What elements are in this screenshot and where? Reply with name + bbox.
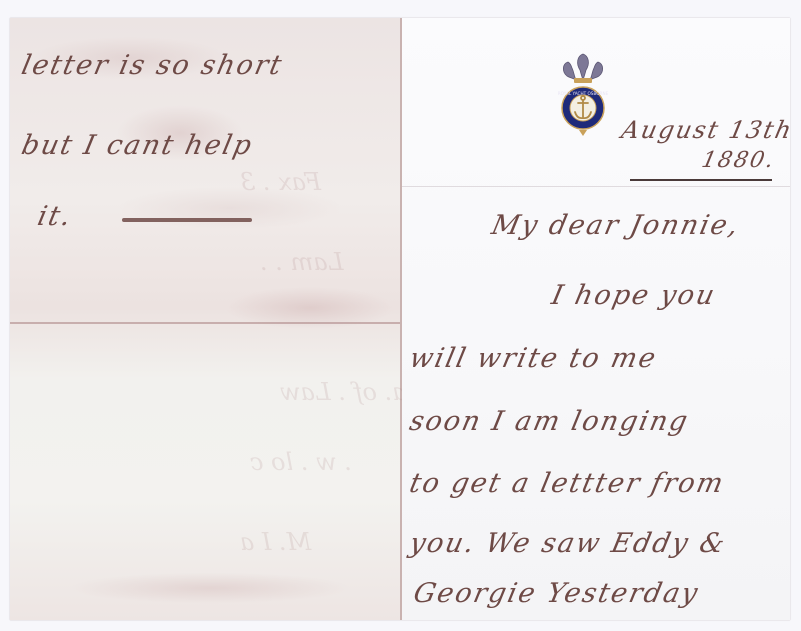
show-through-text: a. of . Law <box>280 378 407 406</box>
body-line: you. We saw Eddy & <box>407 528 730 559</box>
body-line: soon I am longing <box>407 406 692 437</box>
handwritten-line: but I cant help <box>19 130 256 161</box>
left-page: Fax . 3 Lam . . a. of . Law . w . lo c M… <box>10 18 402 620</box>
show-through-text: M. I a <box>240 528 311 556</box>
show-through-text: Lam . . <box>260 248 344 276</box>
body-line: Georgie Yesterday <box>411 578 702 609</box>
handwritten-line: it. <box>35 201 76 232</box>
fold-crease <box>10 322 400 324</box>
right-page: ROYAL YACHT OSBORNE August 13th 1880. My… <box>402 18 790 620</box>
handwritten-line: letter is so short <box>19 50 286 81</box>
body-line: will write to me <box>407 343 661 374</box>
date-line: August 13th <box>619 116 796 144</box>
fold-crease <box>402 186 790 187</box>
date-year: 1880. <box>699 148 777 173</box>
svg-text:ROYAL YACHT OSBORNE: ROYAL YACHT OSBORNE <box>558 91 608 96</box>
royal-yacht-osborne-crest-icon: ROYAL YACHT OSBORNE <box>558 50 608 160</box>
letter-sheet: Fax . 3 Lam . . a. of . Law . w . lo c M… <box>10 18 790 620</box>
body-line: I hope you <box>549 280 719 311</box>
salutation: My dear Jonnie, <box>489 210 743 241</box>
date-underline <box>630 179 772 181</box>
body-line: to get a lettter from <box>407 468 728 499</box>
show-through-text: Fax . 3 <box>240 168 321 196</box>
show-through-text: . w . lo c <box>250 448 352 476</box>
closing-dash <box>122 218 252 222</box>
